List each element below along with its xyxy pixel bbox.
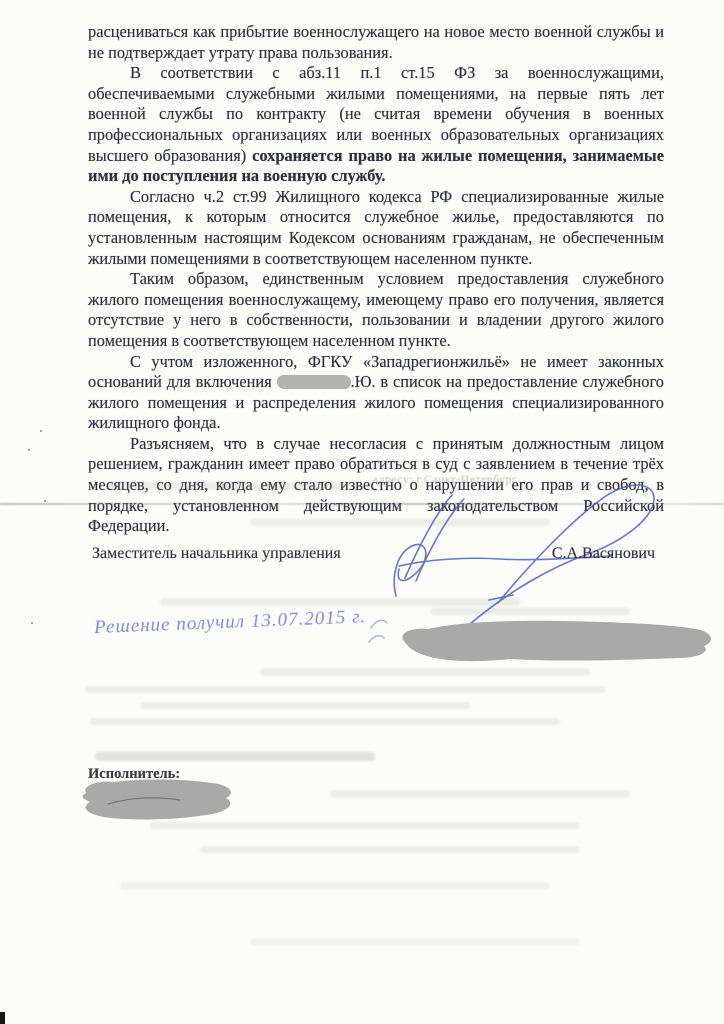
scan-speckle xyxy=(28,449,30,451)
signature-row: Заместитель начальника управления С.А.Ва… xyxy=(92,545,655,563)
scan-speckle xyxy=(40,430,42,432)
scan-speckle xyxy=(44,500,46,502)
scan-edge-mark xyxy=(0,1012,5,1024)
redaction-marker-date-line xyxy=(402,621,711,661)
executor-label: Исполнитель: xyxy=(88,766,180,783)
scan-speckle xyxy=(31,622,33,624)
signer-title: Заместитель начальника управления xyxy=(92,545,341,563)
redaction-marker-executor xyxy=(83,779,231,819)
ink-overlay xyxy=(0,0,724,1024)
scanned-document-page: расцениваться как прибытие военнослужаще… xyxy=(0,0,724,1024)
signer-name: С.А.Васянович xyxy=(552,545,655,563)
